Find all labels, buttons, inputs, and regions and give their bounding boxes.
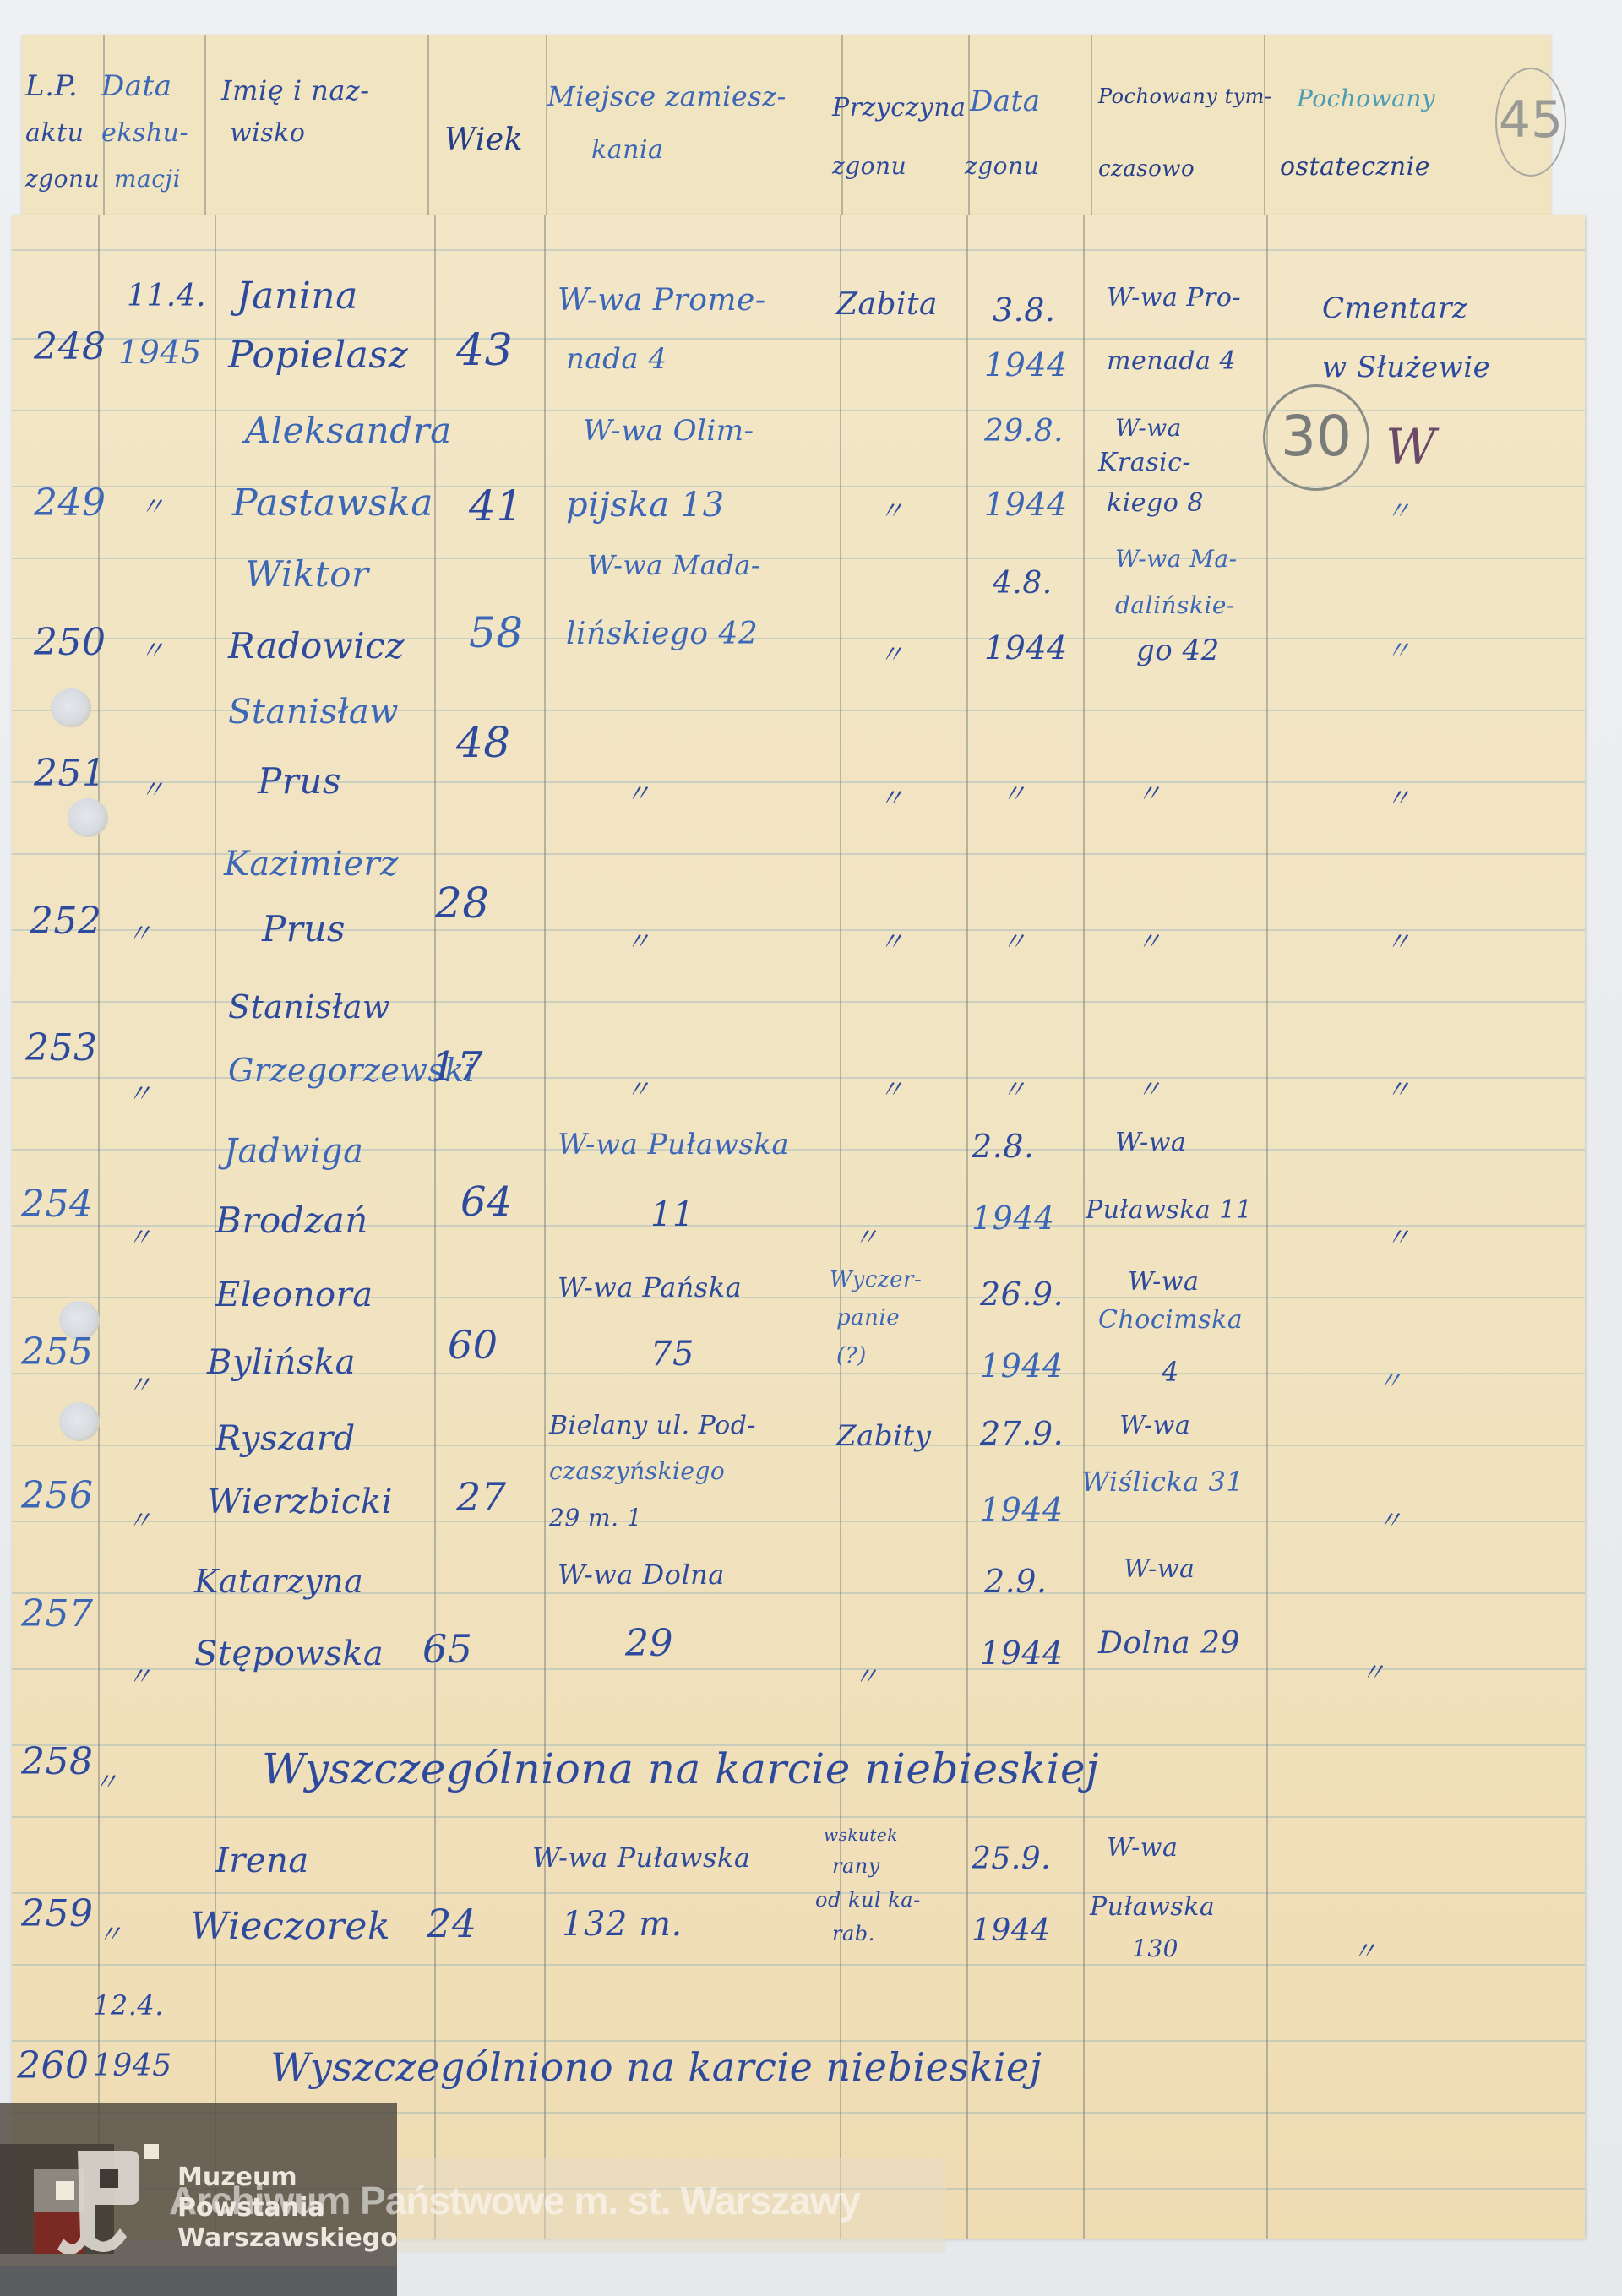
exhumation-date-ditto: 〃 (139, 486, 166, 523)
temporary-burial: 4 (1162, 1356, 1179, 1388)
death-date-ditto: 〃 (1001, 921, 1027, 958)
ruled-line (12, 1892, 1585, 1894)
header-exhumation-date-line2: ekshu- (101, 118, 188, 148)
column-divider (968, 35, 970, 221)
first-name: Stanisław (228, 988, 390, 1026)
row-note: Wyszczególniono na karcie niebieskiej (270, 2044, 1042, 2090)
lp-number: 248 (34, 325, 106, 368)
column-divider (841, 35, 843, 221)
first-name: Ryszard (215, 1419, 356, 1458)
header-temp-burial-line2: czasowo (1098, 156, 1195, 182)
temporary-burial: W-wa (1115, 414, 1182, 442)
residence: 75 (650, 1335, 694, 1374)
temporary-burial: W-wa Ma- (1115, 545, 1238, 573)
surname: Prus (262, 908, 346, 949)
death-date: 27.9. (980, 1415, 1064, 1452)
temporary-burial: Puławska (1090, 1892, 1215, 1922)
death-year: 1944 (984, 486, 1068, 523)
death-year: 1944 (980, 1491, 1064, 1528)
death-date: 4.8. (993, 566, 1053, 601)
cause-ditto: 〃 (853, 1216, 879, 1254)
residence: W-wa Olim- (583, 414, 754, 448)
residence: 11 (650, 1195, 694, 1234)
temporary-burial: dalińskie- (1115, 591, 1235, 619)
age: 41 (469, 482, 524, 530)
column-divider (1264, 35, 1265, 221)
final-burial: Cmentarz (1322, 291, 1467, 325)
binder-hole (59, 1402, 100, 1441)
header-name-line1: Imię i naz- (221, 74, 370, 106)
lp-number: 256 (21, 1474, 93, 1517)
header-cause-line2: zgonu (832, 152, 906, 180)
temporary-burial: W-wa Pro- (1107, 283, 1241, 313)
header-final-burial-line1: Pochowany (1297, 84, 1435, 112)
temporary-burial: Chocimska (1098, 1305, 1243, 1335)
column-divider (204, 35, 206, 221)
temporary-burial: go 42 (1136, 634, 1220, 667)
exhumation-year: 1945 (118, 334, 202, 371)
exhumation-date-ditto: 〃 (127, 1656, 153, 1693)
exhumation-date-ditto: 〃 (127, 1499, 153, 1537)
age: 58 (469, 608, 524, 657)
header-cause-line1: Przyczyna (832, 93, 966, 122)
surname: Wierzbicki (207, 1483, 393, 1521)
surname: Wieczorek (190, 1905, 390, 1948)
residence: lińskiego 42 (566, 617, 758, 651)
header-age: Wiek (444, 122, 523, 157)
cause-of-death: od kul ka- (815, 1888, 921, 1912)
ruled-line (12, 1816, 1585, 1818)
first-name: Janina (237, 275, 358, 318)
column-divider (427, 35, 429, 221)
death-date: 29.8. (984, 414, 1064, 449)
lp-number: 251 (34, 752, 106, 795)
temporary-burial: Wiślicka 31 (1081, 1466, 1244, 1498)
final-burial-ditto: 〃 (1385, 629, 1412, 666)
death-year: 1944 (980, 1347, 1064, 1385)
museum-name: Muzeum Powstania Warszawskiego (177, 2163, 398, 2254)
age: 17 (431, 1043, 483, 1091)
temporary-burial: Dolna 29 (1098, 1626, 1240, 1661)
death-date-ditto: 〃 (1001, 1069, 1027, 1106)
cause-of-death: Zabity (836, 1419, 931, 1453)
residence: pijska 13 (566, 486, 725, 525)
museum-name-line: Warszawskiego (177, 2223, 398, 2254)
temporary-burial: W-wa (1124, 1554, 1195, 1584)
temporary-burial: 130 (1132, 1934, 1178, 1962)
cause-of-death: Zabita (836, 287, 938, 322)
exhumation-date-ditto: 〃 (127, 1364, 153, 1401)
header-exhumation-date-line3: macji (114, 165, 181, 193)
cause-of-death: 〃 (879, 490, 905, 527)
residence-ditto: 〃 (625, 921, 651, 958)
column-divider (966, 215, 968, 2239)
circled-pencil-number: 30 (1263, 384, 1369, 491)
death-year: 1944 (984, 629, 1068, 666)
death-year: 1944 (972, 1200, 1055, 1237)
temporary-burial: Krasic- (1098, 448, 1191, 477)
lp-number: 250 (34, 621, 106, 664)
surname: Pastawska (232, 482, 433, 525)
residence: W-wa Prome- (558, 283, 765, 318)
final-burial-ditto: 〃 (1385, 777, 1412, 814)
surname: Radowicz (228, 625, 405, 666)
header-death-date-line1: Data (970, 84, 1040, 118)
logo-bottom-strip (0, 2266, 397, 2296)
cause-ditto: 〃 (879, 777, 905, 814)
column-divider (546, 35, 547, 221)
exhumation-year: 1945 (93, 2048, 172, 2083)
binder-hole (51, 688, 91, 727)
death-date: 26.9. (980, 1276, 1064, 1313)
final-burial-ditto: 〃 (1385, 1069, 1412, 1106)
header-residence-line1: Miejsce zamiesz- (547, 80, 787, 112)
lp-number: 249 (34, 482, 106, 525)
header-death-date-line2: zgonu (965, 152, 1039, 180)
temporary-burial-ditto: 〃 (1136, 1069, 1162, 1106)
final-burial-ditto: 〃 (1352, 1930, 1378, 1967)
surname: Prus (258, 760, 341, 802)
exhumation-date: 12.4. (93, 1989, 164, 2021)
header-residence-line2: kania (591, 135, 663, 165)
surname: Stępowska (194, 1635, 384, 1673)
cause-ditto: 〃 (853, 1656, 879, 1693)
lp-number: 259 (21, 1892, 93, 1935)
first-name: Katarzyna (194, 1563, 363, 1600)
surname: Brodzań (215, 1200, 368, 1241)
residence: W-wa Puławska (532, 1842, 750, 1874)
first-name: Kazimierz (224, 845, 399, 884)
residence: W-wa Mada- (587, 549, 760, 581)
exhumation-date: 11.4. (127, 279, 206, 313)
museum-name-line: Powstania (177, 2193, 398, 2223)
death-date: 2.8. (972, 1128, 1035, 1165)
temporary-burial: menada 4 (1107, 346, 1236, 376)
exhumation-date-ditto: 〃 (127, 1216, 153, 1254)
first-name: Wiktor (245, 553, 369, 595)
death-date: 25.9. (972, 1842, 1051, 1876)
final-burial-ditto: 〃 (1385, 921, 1412, 958)
lp-number: 252 (30, 900, 101, 943)
cause-of-death: wskutek (824, 1825, 898, 1845)
temporary-burial-ditto: 〃 (1136, 921, 1162, 958)
header-exhumation-date-line1: Data (101, 69, 171, 103)
exhumation-date-ditto: 〃 (139, 629, 166, 666)
lp-number: 260 (17, 2044, 89, 2087)
death-year: 1944 (972, 1913, 1051, 1948)
age: 65 (422, 1626, 473, 1672)
residence: czaszyńskiego (549, 1457, 725, 1485)
residence-ditto: 〃 (625, 1069, 651, 1106)
first-name: Aleksandra (245, 410, 452, 451)
header-lp-line1: L.P. (25, 69, 78, 103)
exhumation-date-ditto: 〃 (97, 1913, 123, 1951)
row-note: Wyszczególniona na karcie niebieskiej (262, 1744, 1099, 1793)
residence: 29 (625, 1622, 673, 1665)
residence-ditto: 〃 (625, 773, 651, 810)
cause-of-death: rab. (832, 1922, 875, 1945)
death-year: 1944 (980, 1635, 1064, 1672)
column-divider (1266, 215, 1268, 2239)
pencil-page-number: 45 (1495, 68, 1566, 177)
first-name: Jadwiga (224, 1132, 363, 1171)
death-date: 2.9. (984, 1563, 1048, 1600)
death-date-ditto: 〃 (1001, 773, 1027, 810)
death-year: 1944 (984, 346, 1068, 384)
kotwica-logo-icon (0, 2135, 161, 2254)
surname: Bylińska (207, 1343, 356, 1382)
ruled-line (12, 929, 1585, 931)
age: 48 (456, 718, 511, 767)
final-burial: w Służewie (1322, 351, 1490, 384)
cause-ditto: 〃 (879, 1069, 905, 1106)
surname: Popielasz (228, 334, 408, 377)
lp-number: 255 (21, 1330, 93, 1374)
lp-number: 257 (21, 1592, 93, 1635)
header-lp-line3: zgonu (25, 165, 100, 193)
cause-of-death: Wyczer- (830, 1267, 922, 1292)
cause-of-death: panie (836, 1305, 900, 1330)
residence: nada 4 (566, 342, 667, 376)
age: 43 (456, 325, 513, 376)
final-burial-ditto: 〃 (1385, 490, 1412, 527)
temporary-burial: W-wa (1107, 1833, 1178, 1863)
lp-number: 254 (21, 1183, 93, 1226)
temporary-burial: W-wa (1119, 1411, 1190, 1440)
first-name: Stanisław (228, 693, 399, 732)
exhumation-date-ditto: 〃 (93, 1761, 119, 1798)
column-divider (1083, 215, 1085, 2239)
final-burial-ditto: 〃 (1377, 1499, 1403, 1537)
lp-number: 253 (25, 1026, 97, 1069)
ruled-line (12, 2040, 1585, 2042)
temporary-burial-ditto: 〃 (1136, 773, 1162, 810)
residence: W-wa Puławska (558, 1128, 789, 1162)
header-name-line2: wisko (230, 118, 305, 148)
temporary-burial: Puławska 11 (1086, 1195, 1252, 1225)
column-divider (544, 215, 546, 2239)
lp-number: 258 (21, 1740, 93, 1783)
temporary-burial: W-wa (1115, 1128, 1186, 1157)
column-divider (1091, 35, 1092, 221)
ruled-line (12, 1964, 1585, 1966)
death-date: 3.8. (993, 291, 1056, 329)
red-annotation: W (1385, 418, 1436, 476)
age: 60 (448, 1322, 498, 1368)
residence: 132 m. (562, 1905, 683, 1944)
final-burial-ditto: 〃 (1385, 1216, 1412, 1254)
temporary-burial: W-wa (1128, 1267, 1199, 1297)
binder-hole (68, 798, 108, 837)
ruled-line (12, 781, 1585, 783)
age: 64 (460, 1178, 513, 1226)
age: 27 (456, 1474, 507, 1520)
header-lp-line2: aktu (25, 118, 84, 148)
final-burial-ditto: 〃 (1360, 1651, 1386, 1689)
cause-of-death: (?) (836, 1343, 867, 1368)
first-name: Eleonora (215, 1276, 373, 1314)
residence: Bielany ul. Pod- (549, 1411, 756, 1440)
age: 28 (435, 879, 490, 928)
cause-ditto: 〃 (879, 921, 905, 958)
temporary-burial: kiego 8 (1107, 488, 1204, 518)
exhumation-date-ditto: 〃 (127, 912, 153, 949)
age: 24 (427, 1901, 477, 1946)
cause-of-death: 〃 (879, 634, 905, 671)
final-burial-ditto: 〃 (1377, 1360, 1403, 1397)
first-name: Irena (215, 1842, 309, 1880)
residence: 29 m. 1 (549, 1504, 642, 1532)
exhumation-date-ditto: 〃 (139, 769, 166, 806)
ruled-line (12, 249, 1585, 251)
header-final-burial-line2: ostatecznie (1280, 152, 1430, 182)
residence: W-wa Dolna (558, 1559, 725, 1591)
museum-name-line: Muzeum (177, 2163, 398, 2193)
cause-of-death: rany (832, 1854, 880, 1878)
header-temp-burial-line1: Pochowany tym- (1098, 84, 1272, 108)
residence: W-wa Pańska (558, 1271, 742, 1303)
exhumation-date-ditto: 〃 (127, 1073, 153, 1110)
